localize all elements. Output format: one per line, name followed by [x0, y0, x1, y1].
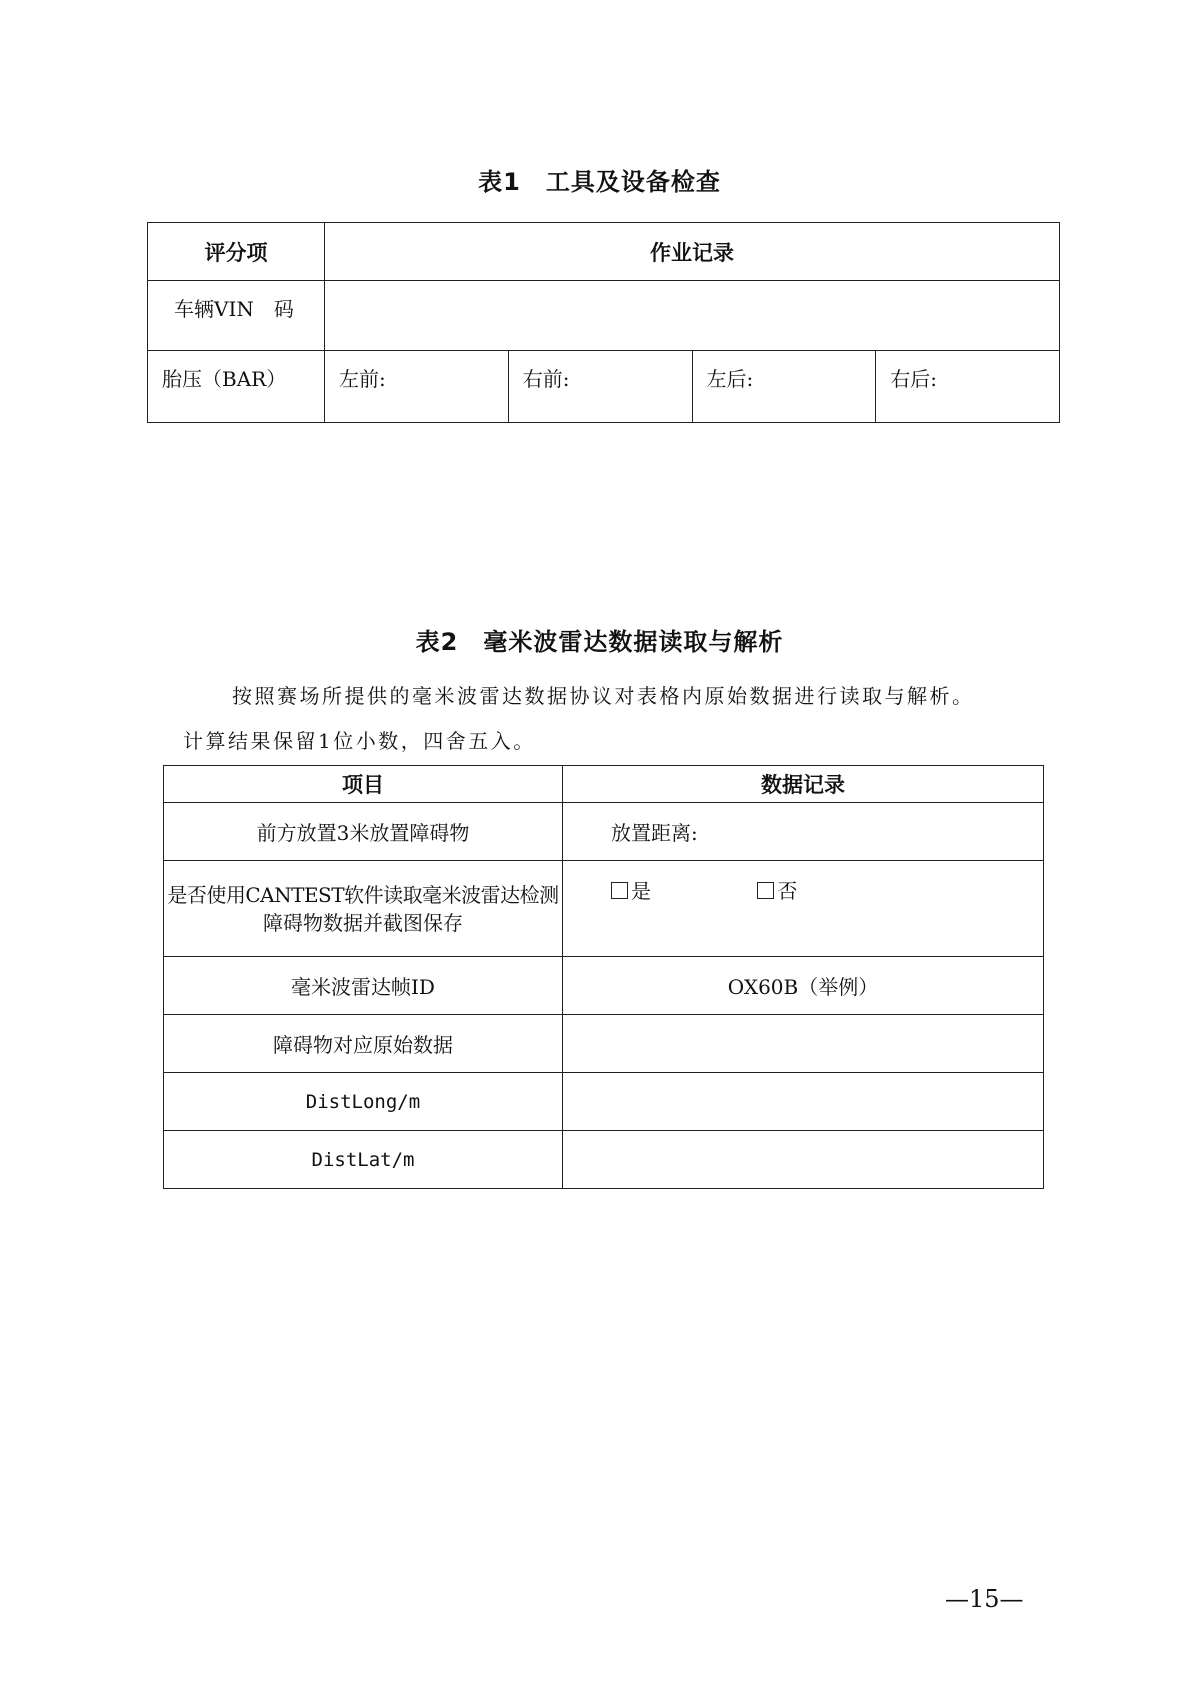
dist-long-cell[interactable]: [563, 1073, 1044, 1131]
radar-data-table: 项目 数据记录 前方放置3米放置障碍物 放置距离: 是否使用CANTEST软件读…: [163, 765, 1044, 1189]
header-work-record: 作业记录: [325, 223, 1060, 281]
table1-title: 表1 工具及设备检查: [0, 162, 1199, 197]
yes-option[interactable]: 是: [611, 879, 651, 903]
checkbox-icon[interactable]: [611, 882, 628, 899]
front-left-label: 左前:: [325, 351, 508, 392]
front-right-label: 右前:: [509, 351, 692, 392]
tire-pressure-label-cell: 胎压（BAR）: [148, 351, 325, 423]
item-cell: 障碍物对应原始数据: [164, 1015, 563, 1073]
table-row: DistLong/m: [164, 1073, 1044, 1131]
placement-distance-cell[interactable]: 放置距离:: [563, 803, 1044, 861]
front-left-cell[interactable]: 左前:: [325, 351, 509, 423]
header-data-record: 数据记录: [563, 766, 1044, 803]
yes-label: 是: [631, 879, 651, 903]
instruction-line-2: 计算结果保留1位小数，四舍五入。: [183, 725, 536, 754]
no-option[interactable]: 否: [757, 879, 797, 903]
raw-data-cell[interactable]: [563, 1015, 1044, 1073]
checkbox-icon[interactable]: [757, 882, 774, 899]
item-line-2: 障碍物数据并截图保存: [164, 909, 562, 937]
instruction-line-1: 按照赛场所提供的毫米波雷达数据协议对表格内原始数据进行读取与解析。: [232, 680, 975, 709]
rear-right-label: 右后:: [876, 351, 1059, 392]
rear-left-cell[interactable]: 左后:: [692, 351, 876, 423]
item-cell: 是否使用CANTEST软件读取毫米波雷达检测 障碍物数据并截图保存: [164, 861, 563, 957]
vin-label-cell: 车辆VIN 码: [148, 281, 325, 351]
tire-pressure-label: 胎压（BAR）: [148, 351, 324, 392]
tools-equipment-table: 评分项 作业记录 车辆VIN 码 胎压（BAR） 左前: 右前: 左后: 右后:: [147, 222, 1060, 423]
front-right-cell[interactable]: 右前:: [508, 351, 692, 423]
table-row: 胎压（BAR） 左前: 右前: 左后: 右后:: [148, 351, 1060, 423]
table-row: DistLat/m: [164, 1131, 1044, 1189]
dist-lat-cell[interactable]: [563, 1131, 1044, 1189]
table-row: 是否使用CANTEST软件读取毫米波雷达检测 障碍物数据并截图保存 是 否: [164, 861, 1044, 957]
frame-id-cell[interactable]: OX60B（举例）: [563, 957, 1044, 1015]
cantest-options-cell: 是 否: [563, 861, 1044, 957]
item-cell: DistLong/m: [164, 1073, 563, 1131]
table-row: 毫米波雷达帧ID OX60B（举例）: [164, 957, 1044, 1015]
header-scoring-item: 评分项: [148, 223, 325, 281]
table-row: 前方放置3米放置障碍物 放置距离:: [164, 803, 1044, 861]
rear-right-cell[interactable]: 右后:: [876, 351, 1060, 423]
vin-input-cell[interactable]: [325, 281, 1060, 351]
item-cell: 前方放置3米放置障碍物: [164, 803, 563, 861]
no-label: 否: [777, 879, 797, 903]
vin-label: 车辆VIN 码: [148, 281, 324, 322]
table-row: 障碍物对应原始数据: [164, 1015, 1044, 1073]
item-line-1: 是否使用CANTEST软件读取毫米波雷达检测: [164, 881, 562, 909]
rear-left-label: 左后:: [693, 351, 876, 392]
item-cell: DistLat/m: [164, 1131, 563, 1189]
item-cell: 毫米波雷达帧ID: [164, 957, 563, 1015]
table-row: 车辆VIN 码: [148, 281, 1060, 351]
header-item: 项目: [164, 766, 563, 803]
table2-title: 表2 毫米波雷达数据读取与解析: [0, 622, 1199, 657]
page-number: —15—: [945, 1585, 1024, 1613]
